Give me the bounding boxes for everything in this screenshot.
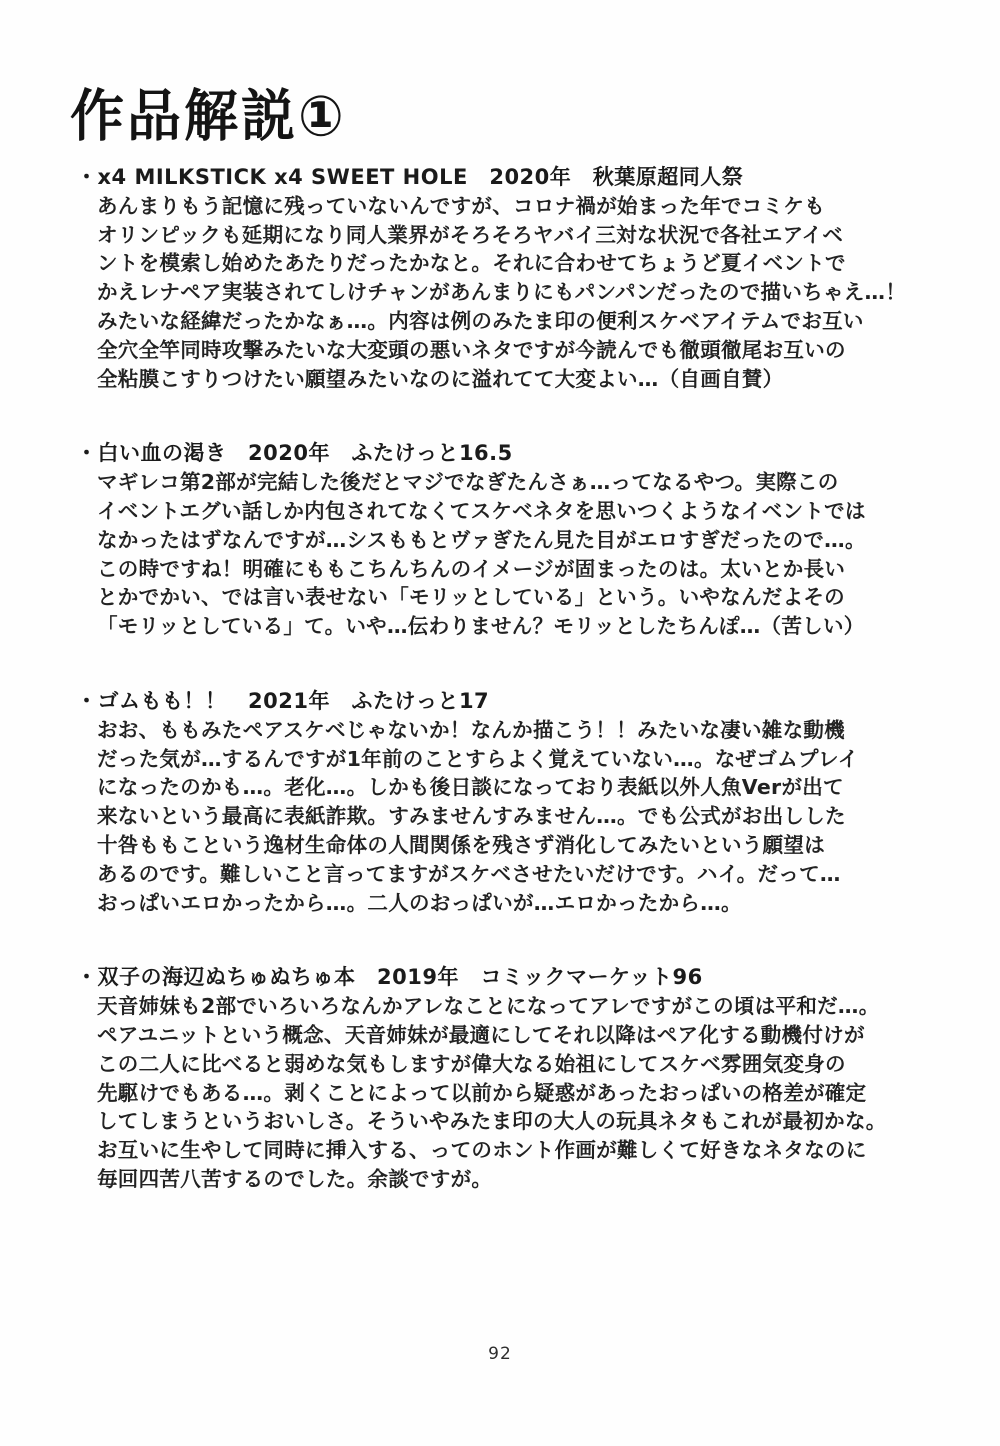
section-body: あんまりもう記憶に残っていないんですが、コロナ禍が始まった年でコミケも オリンピ… xyxy=(97,192,944,394)
section-header: ・x4 MILKSTICK x4 SWEET HOLE 2020年 秋葉原超同人… xyxy=(76,163,944,192)
section-shiroi-chi: ・白い血の渇き 2020年 ふたけっと16.5 マギレコ第2部が完結した後だとマ… xyxy=(76,439,944,641)
section-futago-umibe: ・双子の海辺ぬちゅぬちゅ本 2019年 コミックマーケット96 天音姉妹も2部で… xyxy=(76,963,944,1193)
section-body: マギレコ第2部が完結した後だとマジでなぎたんさぁ…ってなるやつ。実際この イベン… xyxy=(97,468,944,641)
section-body: 天音姉妹も2部でいろいろなんかアレなことになってアレですがこの頃は平和だ…。 ペ… xyxy=(97,992,944,1194)
document-page: 作品解説① ・x4 MILKSTICK x4 SWEET HOLE 2020年 … xyxy=(0,0,1000,1446)
section-header: ・白い血の渇き 2020年 ふたけっと16.5 xyxy=(76,439,944,468)
page-title: 作品解説① xyxy=(70,72,347,152)
section-header: ・ゴムもも！！ 2021年 ふたけっと17 xyxy=(76,687,944,716)
section-gomu-momo: ・ゴムもも！！ 2021年 ふたけっと17 おお、ももみたペアスケベじゃないか！… xyxy=(76,687,944,917)
page-number: 92 xyxy=(0,1344,1000,1364)
section-header: ・双子の海辺ぬちゅぬちゅ本 2019年 コミックマーケット96 xyxy=(76,963,944,992)
section-body: おお、ももみたペアスケベじゃないか！なんか描こう！！みたいな凄い雑な動機 だった… xyxy=(97,716,944,918)
commentary-content: ・x4 MILKSTICK x4 SWEET HOLE 2020年 秋葉原超同人… xyxy=(76,163,944,1194)
section-milkstick: ・x4 MILKSTICK x4 SWEET HOLE 2020年 秋葉原超同人… xyxy=(76,163,944,393)
